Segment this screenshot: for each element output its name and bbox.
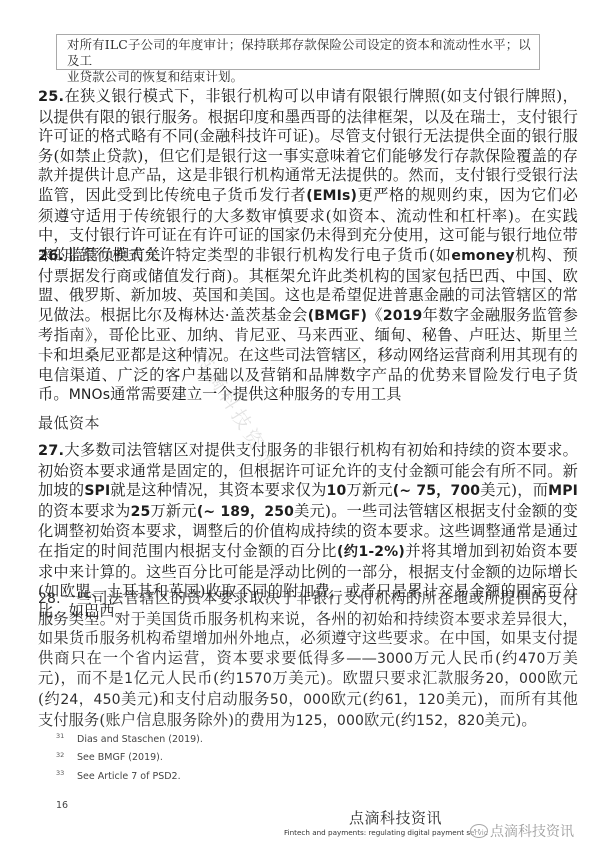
amount: 24，450 — [60, 692, 120, 708]
watermark-text: 点滴科技资讯 — [490, 821, 574, 841]
bold-term: (~ 75，700 — [393, 483, 480, 499]
paragraph-25: 25.在狭义银行模式下，非银行机构可以申请有限银行牌照(如支付银行牌照)，以提供… — [38, 87, 578, 265]
paragraph-text: 欧元(约 — [364, 711, 416, 729]
footer-brand: 点滴科技资讯 — [349, 807, 442, 828]
paragraph-number: 26. — [38, 248, 64, 264]
paragraph-text: 万元人民币(约 — [413, 649, 518, 667]
paragraph-text: 的资本要求为 — [38, 502, 131, 520]
footer-document-title: Fintech and payments: regulating digital… — [284, 828, 488, 837]
paragraph-26-block: 26.非银行模式允许特定类型的非银行机构发行电子货币(如emoney机构、预付票… — [38, 246, 578, 406]
bold-term: 2019 — [383, 308, 423, 324]
paragraph-text: 《 — [367, 306, 383, 324]
bold-term: (EMIs) — [306, 188, 357, 204]
paragraph-text: 万美元)。欧盟只要求汇款服务 — [272, 669, 486, 687]
paragraph-text: 美元)，而 — [480, 481, 548, 499]
paragraph-text: 美元)和支付启动服务 — [121, 690, 270, 708]
bold-term: emoney — [451, 248, 514, 264]
footnote-31: 31 Dias and Staschen (2019). — [56, 730, 203, 749]
bold-term: (BMGF) — [308, 308, 367, 324]
amount: 1 — [124, 671, 133, 687]
section-heading-minimum-capital: 最低资本 — [38, 414, 100, 433]
paragraph-28-block: 28.一些司法管辖区的资本要求取决于非银行支付机构的所在地或所提供的支付服务类型… — [38, 589, 578, 731]
wechat-icon — [470, 824, 488, 838]
bold-term: (~ 189，250 — [197, 504, 294, 520]
paragraph-26: 26.非银行模式允许特定类型的非银行机构发行电子货币(如emoney机构、预付票… — [38, 246, 578, 406]
paragraph-28: 28.一些司法管辖区的资本要求取决于非银行支付机构的所在地或所提供的支付服务类型… — [38, 589, 578, 731]
amount: 1570 — [236, 671, 272, 687]
footnote-33: 33 See Article 7 of PSD2. — [56, 767, 203, 786]
paragraph-text: 美元)。 — [485, 711, 537, 729]
paragraph-text: 万新元 — [150, 502, 196, 520]
footnote-text: Dias and Staschen (2019). — [77, 734, 203, 745]
paragraph-text: 欧元(约 — [330, 690, 384, 708]
bold-term: 25 — [131, 504, 151, 520]
paragraph-text: 亿元人民币(约 — [133, 669, 236, 687]
bold-term: 10 — [327, 483, 347, 499]
amount: 50，000 — [270, 692, 330, 708]
paragraph-25-block: 25.在狭义银行模式下，非银行机构可以申请有限银行牌照(如支付银行牌照)，以提供… — [38, 87, 578, 265]
amount: 3000 — [377, 651, 413, 667]
paragraph-text: 就是这种情况，其资本要求仅为 — [110, 481, 326, 499]
paragraph-text: 通常需要建立一个提供这种服务的专用工具 — [110, 385, 401, 403]
amount: 125，000 — [296, 713, 365, 729]
footnote-number: 31 — [56, 732, 77, 740]
callout-line-2: 业贷款公司的恢复和结束计划。 — [67, 69, 531, 85]
bold-term: SPI — [84, 483, 110, 499]
footnote-text: See BMGF (2019). — [77, 752, 163, 763]
latin-term: MNOs — [69, 387, 110, 403]
amount: 20，000 — [486, 671, 547, 687]
footnote-text: See Article 7 of PSD2. — [77, 771, 181, 782]
footnote-number: 33 — [56, 769, 77, 777]
paragraph-number: 25. — [38, 89, 64, 105]
amount: 152，820 — [416, 713, 485, 729]
footnotes: 31 Dias and Staschen (2019). 32 See BMGF… — [56, 730, 203, 786]
paragraph-number: 27. — [38, 443, 64, 459]
amount: 61，120 — [385, 692, 445, 708]
callout-line-1: 对所有ILC子公司的年度审计；保持联邦存款保险公司设定的资本和流动性水平；以及工 — [67, 37, 531, 69]
bold-term: (约1-2%) — [337, 544, 405, 560]
footer-watermark: 点滴科技资讯 — [470, 821, 574, 841]
footnote-32: 32 See BMGF (2019). — [56, 749, 203, 768]
amount: 470 — [518, 651, 545, 667]
footnote-number: 32 — [56, 751, 77, 759]
bold-term: MPI — [548, 483, 578, 499]
paragraph-number: 28. — [38, 591, 61, 607]
document-page: 对所有ILC子公司的年度审计；保持联邦存款保险公司设定的资本和流动性水平；以及工… — [0, 0, 600, 849]
page-number: 16 — [56, 800, 68, 811]
callout-box: 对所有ILC子公司的年度审计；保持联邦存款保险公司设定的资本和流动性水平；以及工… — [56, 34, 540, 70]
paragraph-text: 非银行模式允许特定类型的非银行机构发行电子货币(如 — [64, 246, 451, 264]
paragraph-text: 万新元 — [346, 481, 392, 499]
